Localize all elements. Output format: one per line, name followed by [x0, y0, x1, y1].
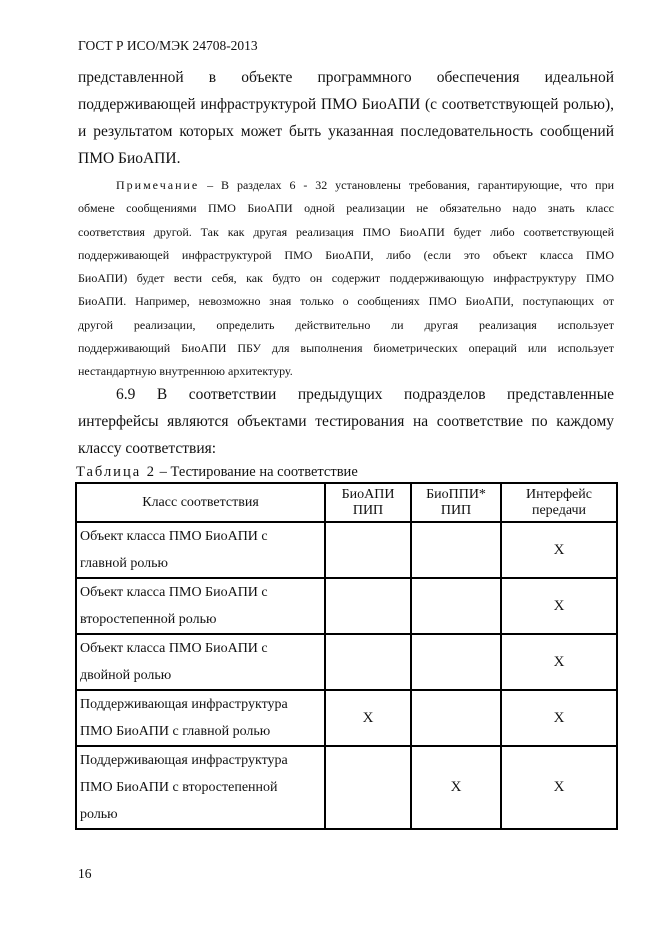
note-line: БиоАПИ) будет вести себя, как будто он с… — [78, 267, 614, 290]
transfer-interface-cell: X — [501, 746, 617, 829]
bioppi-pip-cell — [411, 522, 501, 578]
header-bioppi-pip: БиоППИ*ПИП — [411, 483, 501, 522]
paragraph-line: и результатом которых может быть указанн… — [78, 118, 614, 145]
note-line: поддерживающей инфраструктурой ПМО БиоАП… — [78, 244, 614, 267]
paragraph-line: классу соответствия: — [78, 435, 614, 462]
table-caption-label: Таблица 2 — [76, 464, 156, 480]
note-line: другой реализации, определить действител… — [78, 314, 614, 337]
intro-paragraph: представленной в объекте программного об… — [78, 64, 614, 172]
section-6-9-paragraph: 6.9 В соответствии предыдущих подраздело… — [78, 381, 614, 462]
transfer-interface-cell: X — [501, 634, 617, 690]
note-block: Примечание – В разделах 6 - 32 установле… — [78, 174, 614, 384]
bioppi-pip-cell — [411, 690, 501, 746]
document-header: ГОСТ Р ИСО/МЭК 24708-2013 — [78, 38, 258, 54]
paragraph-line: поддерживающей инфраструктурой ПМО БиоАП… — [78, 91, 614, 118]
conformance-table: Класс соответствия БиоАПИПИП БиоППИ*ПИП … — [75, 482, 618, 830]
transfer-interface-cell: X — [501, 690, 617, 746]
transfer-interface-cell: X — [501, 578, 617, 634]
header-class: Класс соответствия — [76, 483, 325, 522]
note-line: соответствия другой. Так как другая реал… — [78, 221, 614, 244]
header-transfer-interface: Интерфейспередачи — [501, 483, 617, 522]
table-row: Поддерживающая инфраструктураПМО БиоАПИ … — [76, 746, 617, 829]
page-number: 16 — [78, 866, 92, 882]
paragraph-line: ПМО БиоАПИ. — [78, 145, 614, 172]
bioapi-pip-cell: X — [325, 690, 411, 746]
bioapi-pip-cell — [325, 522, 411, 578]
bioppi-pip-cell: X — [411, 746, 501, 829]
table-caption-text: – Тестирование на соответствие — [156, 464, 358, 480]
bioppi-pip-cell — [411, 578, 501, 634]
note-label: Примечание — [116, 178, 199, 192]
note-text: – В разделах 6 - 32 установлены требован… — [199, 178, 614, 192]
bioapi-pip-cell — [325, 634, 411, 690]
class-cell: Поддерживающая инфраструктураПМО БиоАПИ … — [76, 746, 325, 829]
note-line: поддерживающий БиоАПИ ПБУ для выполнения… — [78, 337, 614, 360]
note-first-line: Примечание – В разделах 6 - 32 установле… — [78, 174, 614, 197]
table-row: Поддерживающая инфраструктураПМО БиоАПИ … — [76, 690, 617, 746]
table-row: Объект класса ПМО БиоАПИ свторостепенной… — [76, 578, 617, 634]
table-header-row: Класс соответствия БиоАПИПИП БиоППИ*ПИП … — [76, 483, 617, 522]
table-row: Объект класса ПМО БиоАПИ сглавной ролью … — [76, 522, 617, 578]
class-cell: Объект класса ПМО БиоАПИ сглавной ролью — [76, 522, 325, 578]
paragraph-line: интерфейсы являются объектами тестирован… — [78, 408, 614, 435]
paragraph-line: представленной в объекте программного об… — [78, 64, 614, 91]
bioppi-pip-cell — [411, 634, 501, 690]
class-cell: Объект класса ПМО БиоАПИ свторостепенной… — [76, 578, 325, 634]
note-line: БиоАПИ. Например, невозможно зная только… — [78, 290, 614, 313]
paragraph-line: 6.9 В соответствии предыдущих подраздело… — [78, 381, 614, 408]
bioapi-pip-cell — [325, 578, 411, 634]
table-caption: Таблица 2 – Тестирование на соответствие — [76, 464, 358, 481]
transfer-interface-cell: X — [501, 522, 617, 578]
class-cell: Поддерживающая инфраструктураПМО БиоАПИ … — [76, 690, 325, 746]
class-cell: Объект класса ПМО БиоАПИ сдвойной ролью — [76, 634, 325, 690]
note-line: обмене сообщениями ПМО БиоАПИ одной реал… — [78, 197, 614, 220]
header-bioapi-pip: БиоАПИПИП — [325, 483, 411, 522]
table-row: Объект класса ПМО БиоАПИ сдвойной ролью … — [76, 634, 617, 690]
bioapi-pip-cell — [325, 746, 411, 829]
